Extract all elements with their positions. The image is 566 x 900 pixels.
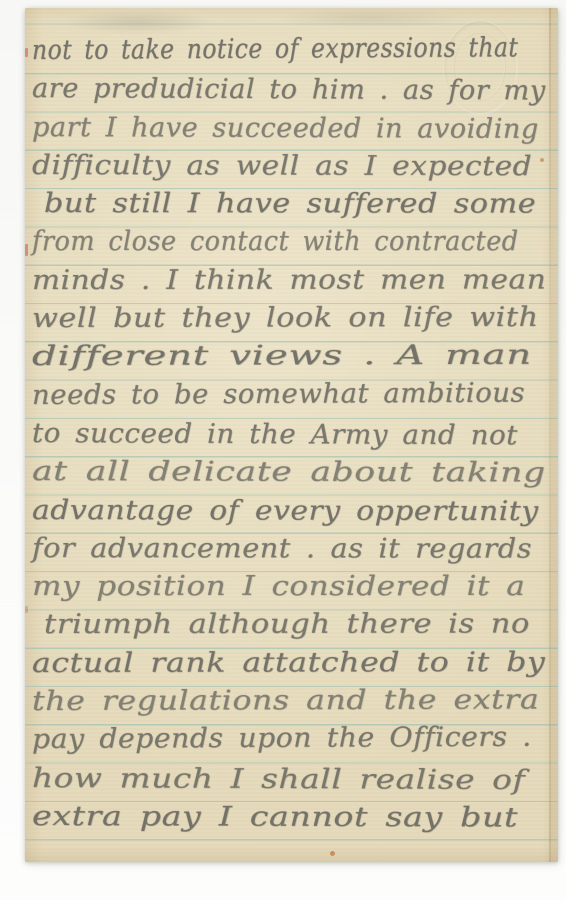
handwritten-line: advantage of every oppertunity [32,490,539,529]
handwritten-line: actual rank attatched to it by [32,642,545,681]
handwritten-line: not to take notice of expressions that [32,27,518,68]
red-edge-fleck [25,48,28,57]
handwritten-line: minds . I think most men mean [32,259,546,298]
handwritten-line: part I have succeeded in avoiding [32,107,539,147]
scan-backdrop: not to take notice of expressions thatar… [0,0,566,900]
handwritten-line: but still I have suffered some [44,183,536,222]
handwritten-line: extra pay I cannot say but [32,796,518,836]
handwritten-line: different views . A man [32,335,532,375]
handwritten-line: needs to be somewhat ambitious [32,372,525,413]
handwritten-line: from close contact with contracted [32,221,519,259]
red-edge-fleck [25,606,28,613]
letter-page: not to take notice of expressions thatar… [25,8,558,862]
handwritten-line: to succeed in the Army and not [32,413,518,454]
handwritten-line: well but they look on life with [32,297,539,336]
handwritten-line: my position I considered it a [32,566,525,604]
handwritten-line: for advancement . as it regards [32,528,532,567]
red-edge-fleck [25,244,28,256]
handwritten-line: the regulations and the extra [32,679,540,719]
bleed-through-smudge [275,8,465,28]
handwritten-line: at all delicate about taking [32,451,546,491]
age-spot [330,851,335,856]
handwritten-line: pay depends upon the Officers . [32,717,532,758]
letter-text: not to take notice of expressions thatar… [32,30,556,834]
handwritten-line: difficulty as well as I expected [32,145,532,184]
handwritten-line: triumph although there is no [44,604,530,643]
handwritten-line: how much I shall realise of [32,758,525,798]
handwritten-line: are predudicial to him . as for my [32,68,546,109]
